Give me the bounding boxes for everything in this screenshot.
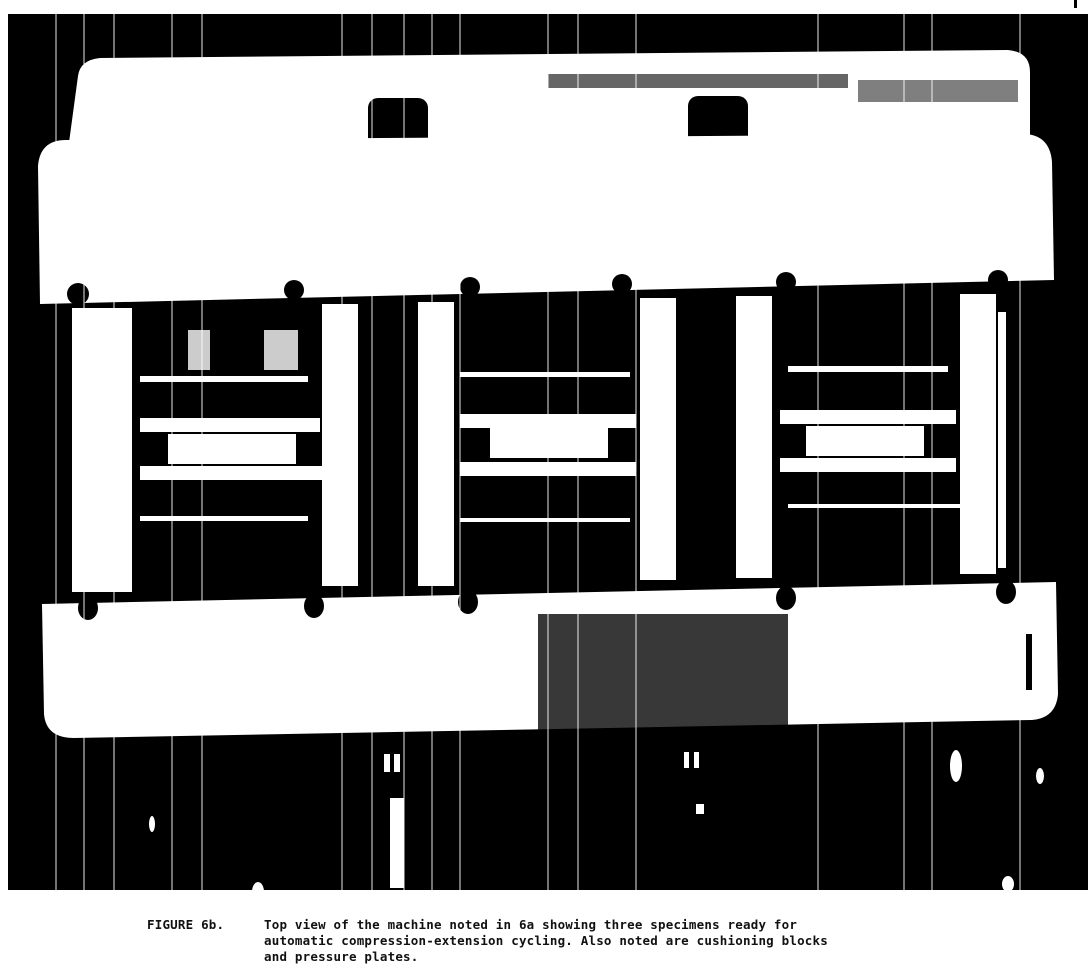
machine-photograph bbox=[8, 14, 1088, 890]
machine-photo-drawing bbox=[8, 14, 1088, 890]
figure-caption-text: Top view of the machine noted in 6a show… bbox=[264, 917, 1004, 965]
page-corner-mark bbox=[1074, 0, 1077, 8]
top-pressure-plate bbox=[38, 134, 1054, 304]
figure-label: FIGURE 6b. bbox=[147, 917, 267, 933]
